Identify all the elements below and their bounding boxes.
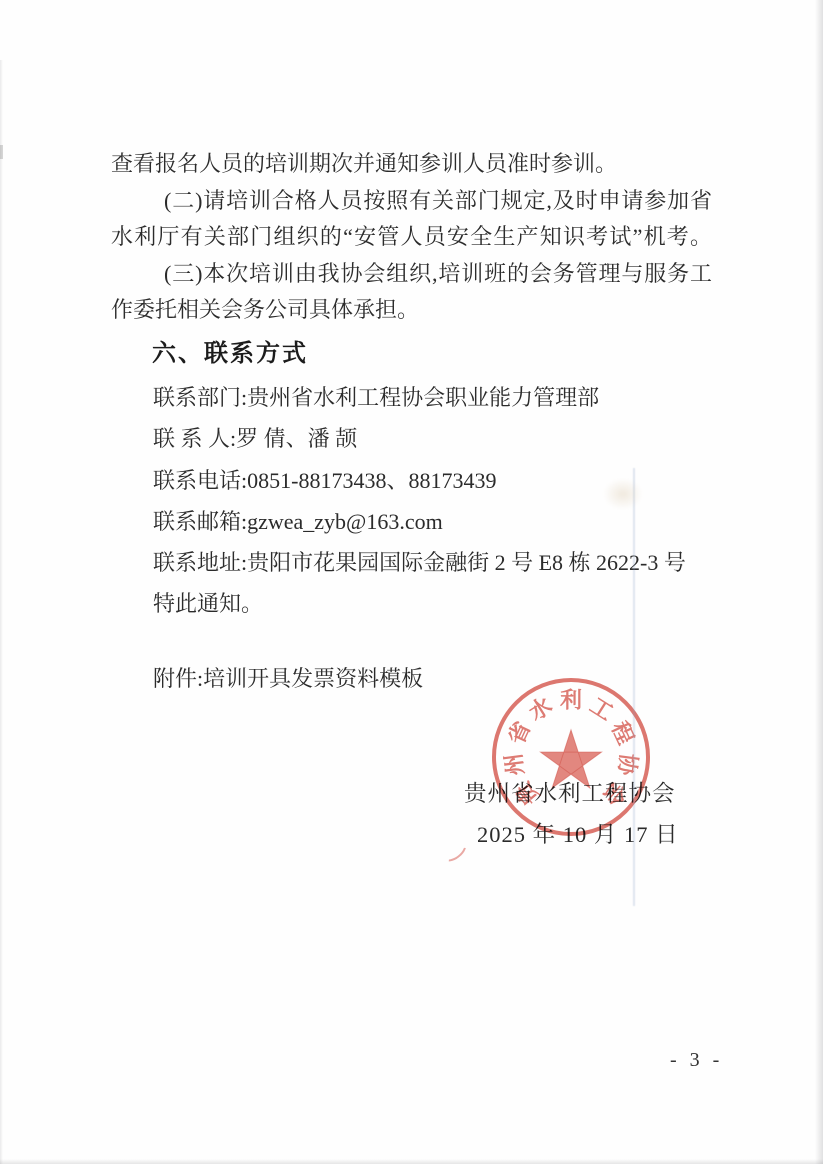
body-text: 查看报名人员的培训期次并通知参训人员准时参训。(二)请培训合格人员按照有关部门规… bbox=[111, 146, 712, 329]
contact-line: 联系地址:贵阳市花果园国际金融街 2 号 E8 栋 2622-3 号 bbox=[153, 542, 686, 583]
seal-char: 协 bbox=[614, 752, 642, 778]
body-line: 水利厅有关部门组织的“安管人员安全生产知识考试”机考。 bbox=[111, 219, 712, 256]
page-number: - 3 - bbox=[670, 1049, 723, 1072]
page-edge-shadow-bottom bbox=[0, 1159, 823, 1164]
body-line: (三)本次培训由我协会组织,培训班的会务管理与服务工 bbox=[111, 256, 712, 293]
body-line: 查看报名人员的培训期次并通知参训人员准时参训。 bbox=[111, 146, 712, 183]
document-page: 查看报名人员的培训期次并通知参训人员准时参训。(二)请培训合格人员按照有关部门规… bbox=[0, 0, 823, 1164]
contact-line: 联 系 人:罗 倩、潘 颉 bbox=[153, 418, 686, 459]
page-edge-notch bbox=[0, 145, 3, 159]
signature-date: 2025 年 10 月 17 日 bbox=[477, 822, 679, 848]
paper-stain bbox=[603, 478, 643, 510]
seal-char: 省 bbox=[503, 718, 535, 749]
contact-line: 特此通知。 bbox=[153, 583, 686, 624]
seal-ink-smudge bbox=[438, 835, 471, 866]
attachment-line: 附件:培训开具发票资料模板 bbox=[153, 666, 423, 692]
body-line: (二)请培训合格人员按照有关部门规定,及时申请参加省 bbox=[111, 183, 712, 220]
seal-char: 州 bbox=[501, 752, 529, 777]
seal-star-icon bbox=[541, 730, 602, 788]
body-line: 作委托相关会务公司具体承担。 bbox=[111, 292, 712, 329]
contact-line: 联系部门:贵州省水利工程协会职业能力管理部 bbox=[153, 377, 686, 418]
contact-line: 联系邮箱:gzwea_zyb@163.com bbox=[153, 501, 686, 542]
seal-ring bbox=[494, 680, 648, 834]
section-heading: 六、联系方式 bbox=[152, 342, 308, 366]
signature-org-name: 贵州省水利工程协会 bbox=[464, 781, 676, 807]
seal-char: 工 bbox=[586, 692, 618, 725]
page-edge-shadow-right bbox=[815, 0, 823, 1164]
seal-char: 水 bbox=[524, 692, 556, 725]
scan-crease-line bbox=[633, 468, 635, 906]
page-edge-shadow-left bbox=[0, 60, 3, 1164]
seal-char: 利 bbox=[560, 688, 582, 713]
